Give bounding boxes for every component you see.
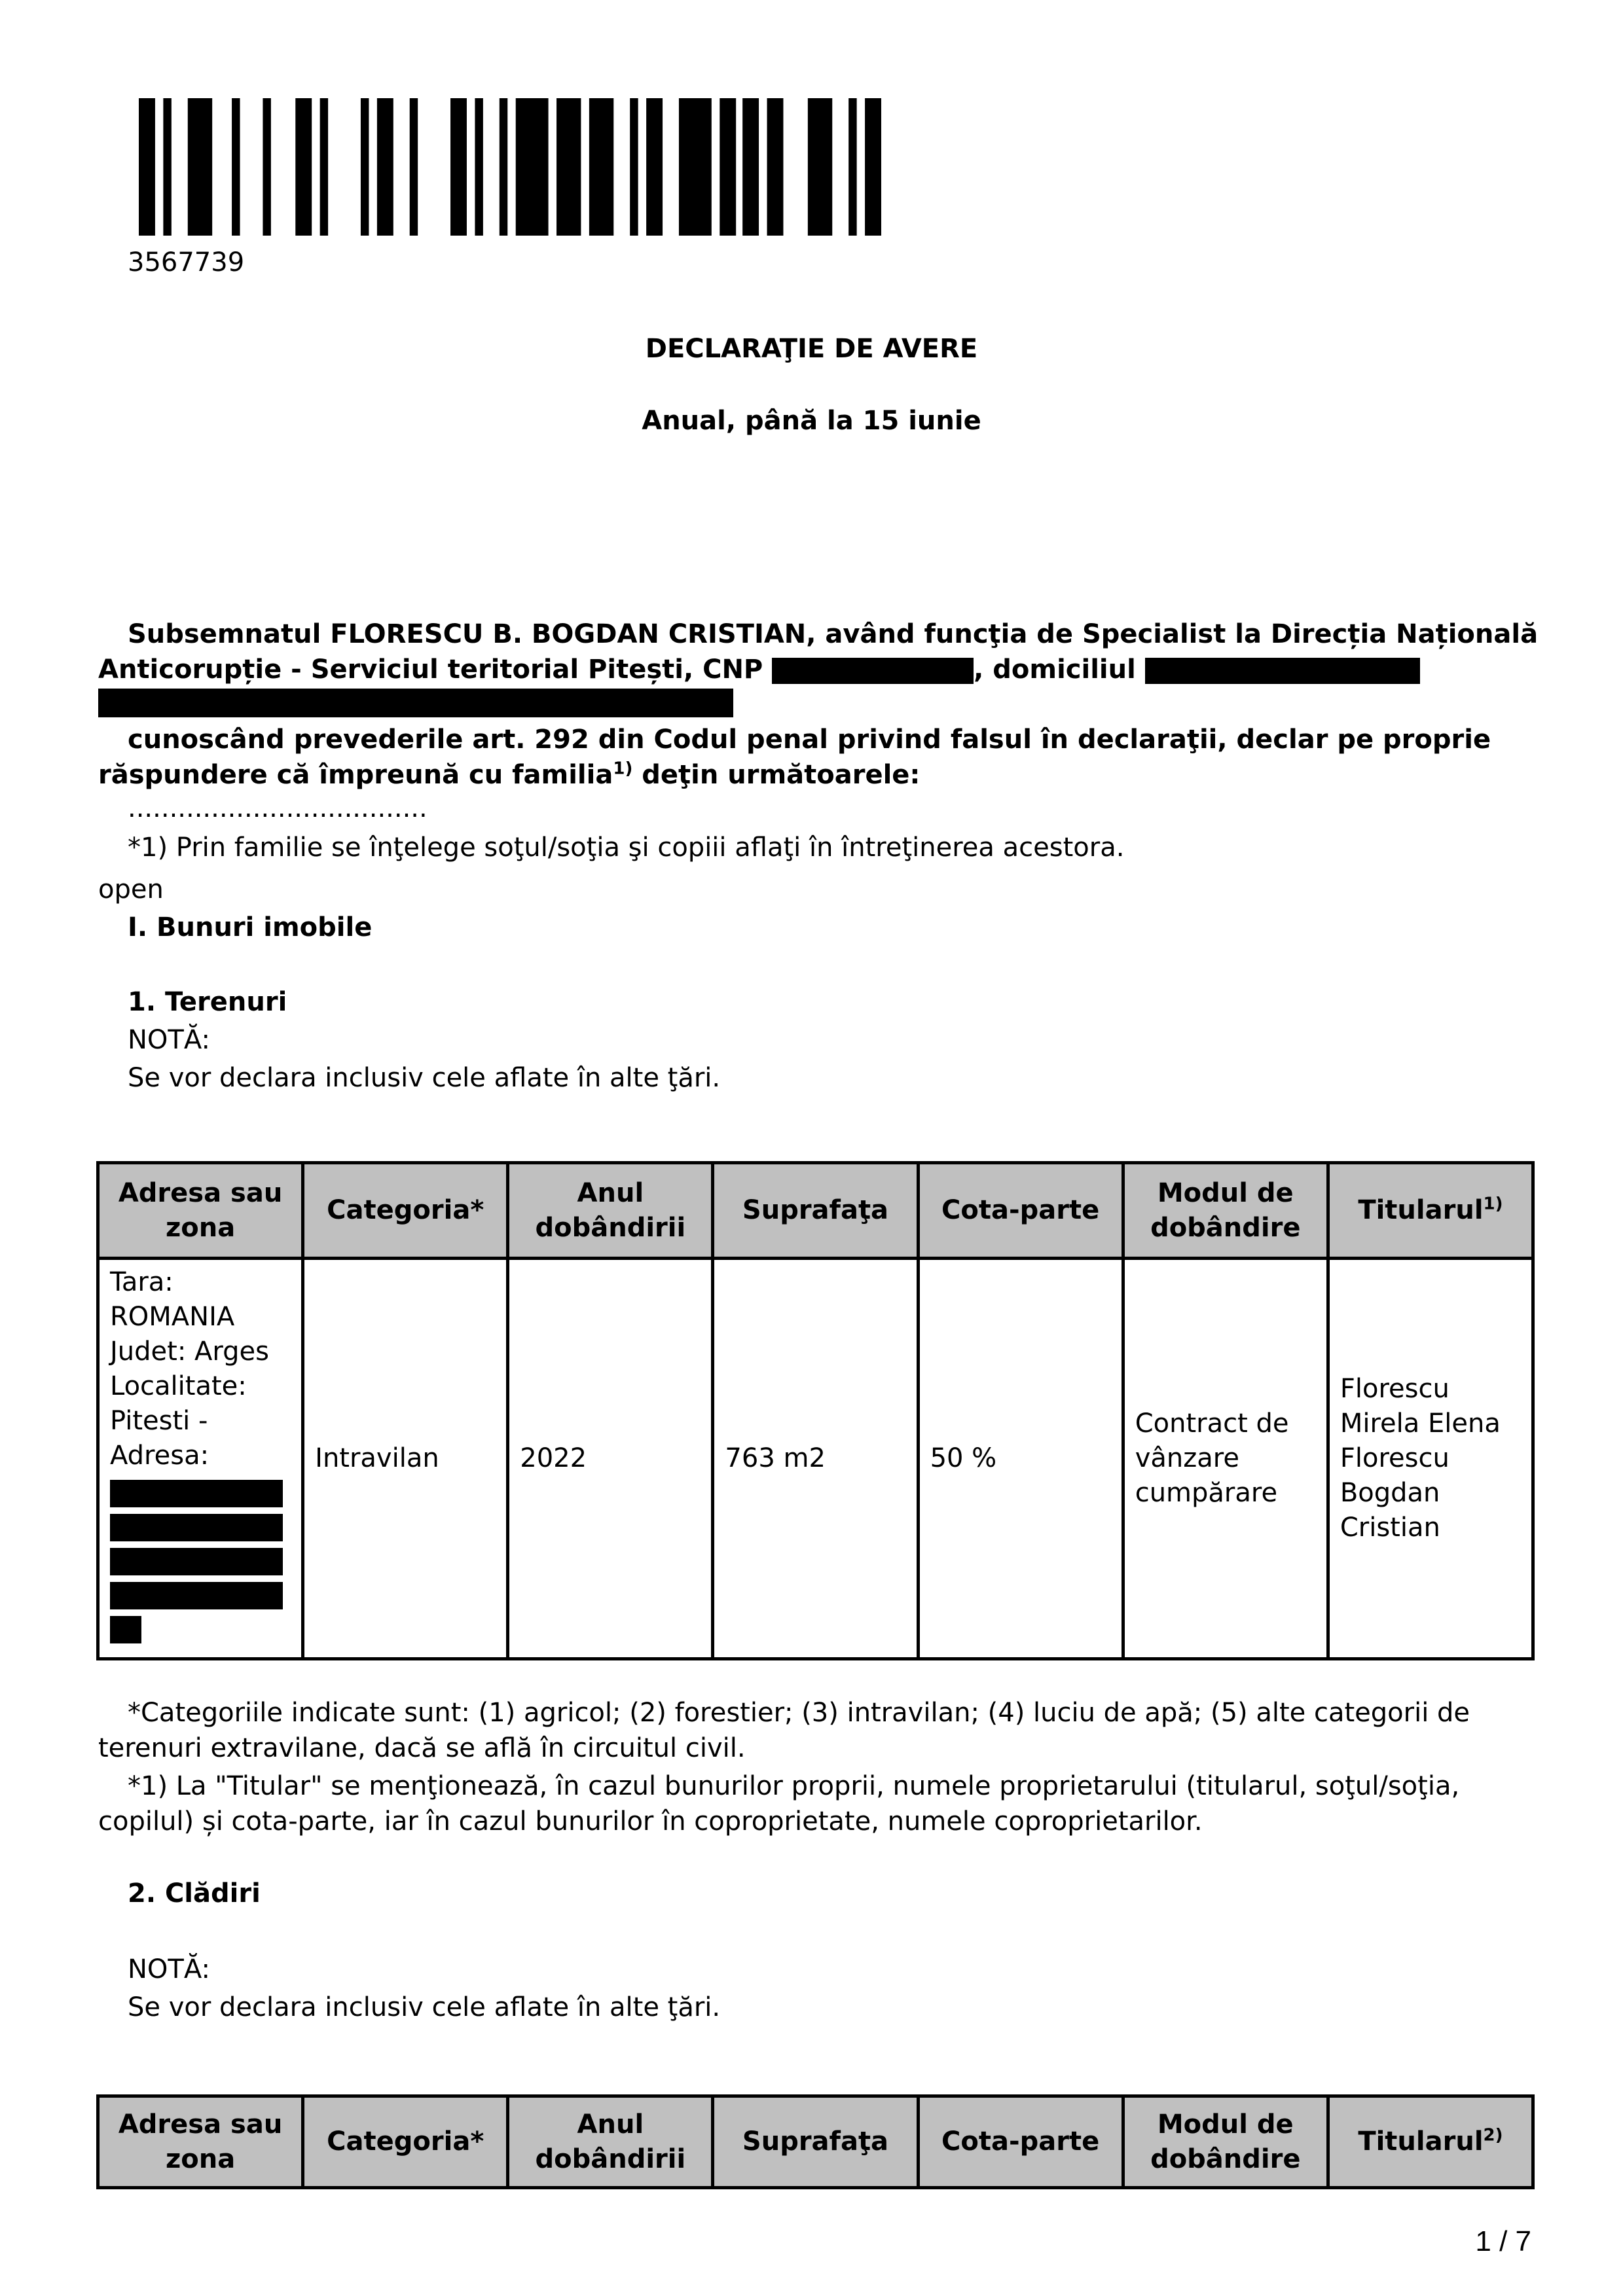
barcode — [139, 98, 881, 236]
col-owner-label: Titularul — [1358, 2126, 1483, 2157]
statement-paragraph: cunoscând prevederile art. 292 din Codul… — [98, 722, 1545, 793]
redacted-domicile-continued — [98, 689, 733, 717]
dotted-line: .................................... — [128, 793, 428, 823]
categories-footnote: *Categoriile indicate sunt: (1) agricol;… — [98, 1695, 1545, 1766]
document-title: DECLARAŢIE DE AVERE — [0, 334, 1623, 364]
document-subtitle: Anual, până la 15 iunie — [0, 406, 1623, 436]
col-owner: Titularul1) — [1328, 1163, 1533, 1259]
col-acquisition-mode: Modul de dobândire — [1123, 2096, 1328, 2188]
statement-footnote-ref: 1) — [613, 759, 632, 779]
redacted-address-line — [110, 1616, 141, 1643]
stray-text: open — [98, 874, 164, 905]
address-line: Localitate: — [110, 1369, 291, 1404]
family-footnote: *1) Prin familie se înţelege soţul/soţia… — [128, 833, 1124, 863]
cell-area: 763 m2 — [713, 1259, 918, 1659]
cell-owner: Florescu Mirela Elena Florescu Bogdan Cr… — [1328, 1259, 1533, 1659]
buildings-table: Adresa sau zona Categoria* Anul dobândir… — [96, 2094, 1535, 2189]
cell-share: 50 % — [918, 1259, 1123, 1659]
cell-address: Tara:ROMANIAJudet: ArgesLocalitate:Pites… — [98, 1259, 303, 1659]
col-owner-label: Titularul — [1358, 1195, 1483, 1225]
subsection-title-buildings: 2. Clădiri — [128, 1878, 261, 1909]
col-category: Categoria* — [303, 2096, 508, 2188]
address-lines: Tara:ROMANIAJudet: ArgesLocalitate:Pites… — [110, 1265, 291, 1473]
declarant-paragraph: Subsemnatul FLORESCU B. BOGDAN CRISTIAN,… — [98, 617, 1545, 687]
note-text-land: Se vor declara inclusiv cele aflate în a… — [128, 1063, 720, 1093]
address-line: Adresa: — [110, 1439, 291, 1473]
redacted-domicile — [1145, 658, 1420, 684]
col-address: Adresa sau zona — [98, 1163, 303, 1259]
col-area: Suprafaţa — [713, 1163, 918, 1259]
section-title-immovable: I. Bunuri imobile — [128, 912, 372, 942]
barcode-number: 3567739 — [128, 247, 244, 278]
domicile-label: , domiciliul — [974, 655, 1136, 685]
col-owner: Titularul2) — [1328, 2096, 1533, 2188]
redacted-address-line — [110, 1480, 283, 1507]
col-year: Anul dobândirii — [508, 1163, 713, 1259]
note-text-buildings: Se vor declara inclusiv cele aflate în a… — [128, 1992, 720, 2022]
land-table-header: Adresa sau zona Categoria* Anul dobândir… — [98, 1163, 1533, 1259]
page-indicator: 1 / 7 — [1475, 2225, 1531, 2258]
address-line: ROMANIA — [110, 1300, 291, 1335]
cell-category: Intravilan — [303, 1259, 508, 1659]
redacted-address-line — [110, 1514, 283, 1541]
table-row: Tara:ROMANIAJudet: ArgesLocalitate:Pites… — [98, 1259, 1533, 1659]
col-category: Categoria* — [303, 1163, 508, 1259]
redacted-address-line — [110, 1582, 283, 1609]
col-share: Cota-parte — [918, 2096, 1123, 2188]
col-area: Suprafaţa — [713, 2096, 918, 2188]
buildings-table-header: Adresa sau zona Categoria* Anul dobândir… — [98, 2096, 1533, 2188]
col-address: Adresa sau zona — [98, 2096, 303, 2188]
cell-year: 2022 — [508, 1259, 713, 1659]
address-line: Judet: Arges — [110, 1335, 291, 1369]
land-table: Adresa sau zona Categoria* Anul dobândir… — [96, 1161, 1535, 1660]
address-line: Tara: — [110, 1265, 291, 1300]
note-label-buildings: NOTĂ: — [128, 1954, 210, 1984]
col-owner-footnote-ref: 1) — [1484, 1194, 1503, 1214]
note-label-land: NOTĂ: — [128, 1025, 210, 1055]
redacted-address-line — [110, 1548, 283, 1575]
col-owner-footnote-ref: 2) — [1484, 2126, 1503, 2145]
titular-footnote: *1) La "Titular" se menţionează, în cazu… — [98, 1768, 1545, 1839]
subsection-title-land: 1. Terenuri — [128, 987, 287, 1017]
address-line: Pitesti - — [110, 1404, 291, 1439]
cell-acquisition-mode: Contract de vânzare cumpărare — [1123, 1259, 1328, 1659]
col-share: Cota-parte — [918, 1163, 1123, 1259]
col-acquisition-mode: Modul de dobândire — [1123, 1163, 1328, 1259]
col-year: Anul dobândirii — [508, 2096, 713, 2188]
statement-suffix: deţin următoarele: — [632, 760, 920, 790]
redacted-cnp — [772, 658, 974, 684]
